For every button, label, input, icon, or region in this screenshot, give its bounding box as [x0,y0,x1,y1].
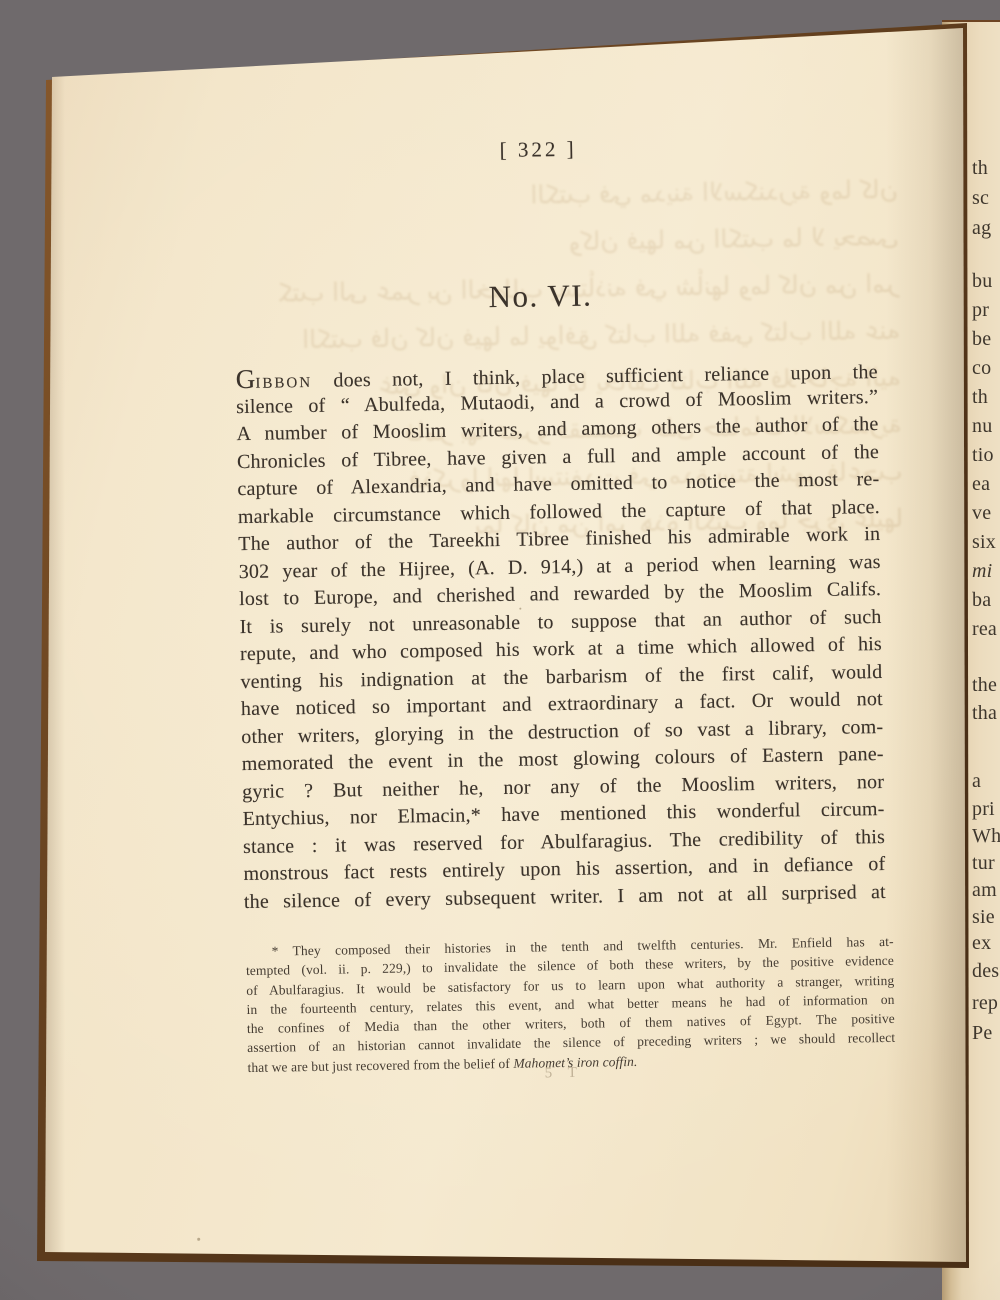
facing-page-text-fragment: th [972,157,1000,180]
facing-page-text-fragment: Pe [972,1022,1000,1045]
facing-page-text-fragment: th [972,386,1000,409]
facing-page-text-fragment: co [972,357,1000,380]
facing-page-text-fragment: tha [972,702,1000,725]
facing-page-text-fragment: Wh [972,825,1000,848]
facing-page-text-fragment: a [972,770,1000,793]
facing-page-text-fragment: pr [972,299,1000,322]
footnote: * They composed their histories in the t… [246,932,896,1077]
lead-smallcaps: IBBON [255,375,312,392]
facing-page-text-fragment: the [972,674,1000,697]
lead-capital: G [235,364,255,394]
body-text: GIBBON does not, I think, place sufficie… [236,356,887,916]
section-heading: No. VI. [414,276,667,316]
facing-page-text-fragment: ag [972,217,1000,240]
facing-page-text-fragment: pri [972,798,1000,821]
facing-page-text-fragment: am [972,879,1000,902]
facing-page-text-fragment: sie [972,906,1000,929]
facing-page-text-fragment: tio [972,444,1000,467]
page-content: الكتب في مدينة الاسكندرية وما كان وكان ف… [0,0,1000,1300]
paper-speck [300,1289,303,1292]
facing-page-text-fragment: be [972,328,1000,351]
facing-page-text-fragment: mi [972,560,1000,583]
paper-speck [197,1238,200,1241]
facing-page-text-fragment: rea [972,618,1000,641]
facing-page-text-fragment: six [972,531,1000,554]
facing-page-text-fragment: bu [972,270,1000,293]
facing-page-text-fragment: rep [972,992,1000,1015]
facing-page-text-fragment: sc [972,187,1000,210]
paper-speck [519,608,521,610]
book-page: الكتب في مدينة الاسكندرية وما كان وكان ف… [0,0,1000,1300]
facing-page-text-fragment: ex [972,932,1000,955]
page-number: [ 322 ] [432,136,644,164]
book-photo-stage: th sc ag bu pr be co th nu tio ea ve six… [0,0,1000,1300]
facing-page-text-fragment: ea [972,473,1000,496]
signature-mark: 5 T [545,1065,583,1083]
facing-page-text-fragment: des [972,960,1000,983]
facing-page-text-fragment: tur [972,852,1000,875]
facing-page-text-fragment: nu [972,415,1000,438]
facing-page-text-fragment: ve [972,502,1000,525]
facing-page-text-fragment: ba [972,589,1000,612]
